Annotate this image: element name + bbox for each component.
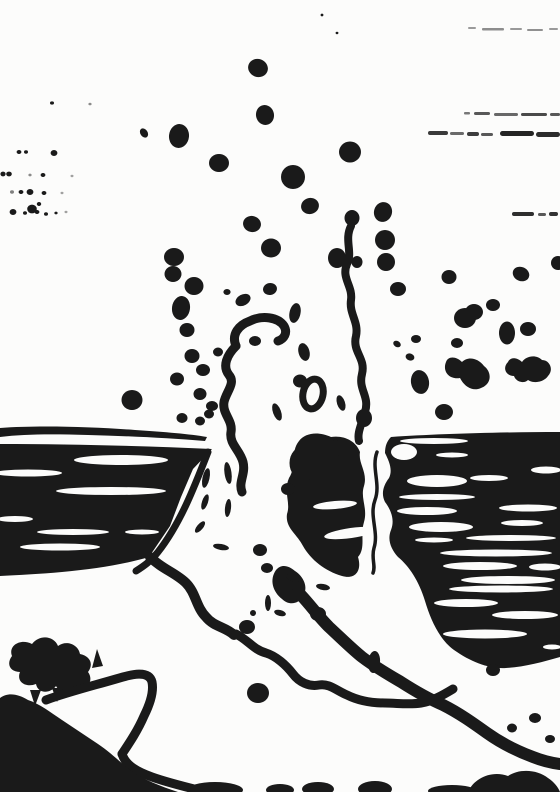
right-sea-band-shape [440, 550, 552, 557]
spray-droplets-shape [122, 390, 143, 410]
right-sea-band-shape [443, 562, 517, 570]
right-sea-band-shape [449, 586, 553, 593]
horizon-streaks-shape [549, 28, 558, 30]
ink-speckles-shape [10, 209, 17, 215]
right-sea-band-shape [434, 599, 498, 607]
horizon-streaks-shape [527, 29, 543, 31]
horizon-streaks-shape [428, 131, 448, 135]
right-sea-band-shape [397, 507, 457, 515]
foam-lines-shape [529, 713, 541, 723]
splash-plume-shape [253, 544, 267, 556]
spray-droplets-shape [194, 388, 207, 400]
spray-droplets-shape [195, 417, 205, 426]
splash-plume-shape [356, 409, 372, 427]
right-sea-band-shape [492, 611, 558, 619]
ink-speckles-shape [17, 150, 22, 154]
horizon-streaks-shape [482, 28, 504, 31]
ink-speckles-shape [23, 211, 27, 215]
right-sea-band-shape [470, 475, 508, 481]
left-sea-band-shape [20, 544, 100, 551]
ink-speckles-shape [35, 210, 40, 214]
foam-lines-shape [247, 683, 269, 703]
horizon-streaks-shape [494, 113, 518, 116]
spray-droplets-shape [204, 410, 214, 419]
right-sea-band-shape [409, 522, 473, 532]
spray-droplets-shape [196, 364, 210, 376]
spray-droplets-shape [486, 299, 500, 311]
right-sea-band-shape [466, 535, 556, 541]
ink-speckles-shape [54, 212, 57, 215]
splash-plume-shape [270, 328, 275, 333]
horizon-streaks-shape [536, 132, 560, 137]
horizon-streaks-shape [467, 132, 479, 136]
spray-droplets-shape [411, 335, 421, 343]
spray-droplets-shape [281, 165, 305, 189]
spray-droplets-shape [206, 401, 218, 411]
spray-droplets-shape [499, 322, 515, 345]
spray-droplets-shape [165, 266, 182, 282]
right-sea-band-shape [391, 444, 417, 460]
horizon-streaks-shape [481, 133, 493, 136]
horizon-streaks-shape [468, 27, 476, 29]
ink-speckles-shape [336, 32, 339, 34]
horizon-streaks-shape [450, 132, 464, 135]
horizon-streaks-shape [538, 213, 546, 216]
foam-lines-shape [486, 664, 500, 676]
spray-droplets-shape [249, 336, 261, 346]
left-sea-band-shape [56, 487, 166, 495]
spray-droplets-shape [352, 256, 363, 268]
spray-droplets-shape [164, 248, 184, 266]
ink-speckles-shape [50, 101, 54, 104]
right-sea-band-shape [436, 453, 468, 458]
spray-droplets-shape [442, 270, 457, 284]
splash-plume-shape [265, 595, 271, 611]
right-sea-band-shape [400, 438, 468, 444]
ink-speckles-shape [6, 172, 12, 177]
foam-lines-shape [310, 607, 326, 621]
right-sea-band-shape [415, 538, 453, 543]
woodcut-wave-artwork: Ocean wave splash bursting against a dar… [0, 0, 560, 792]
spray-droplets-shape [170, 373, 184, 386]
ink-speckles-shape [28, 174, 31, 177]
woodcut-print-canvas [0, 0, 560, 792]
spray-droplets-shape [177, 413, 188, 423]
right-sea-band-shape [461, 576, 555, 584]
spray-droplets-shape [339, 142, 361, 163]
splash-plume-shape [250, 610, 256, 616]
ink-speckles-shape [65, 211, 68, 213]
spray-droplets-shape [261, 239, 281, 258]
right-sea-band-shape [501, 520, 543, 526]
spray-droplets-shape [223, 289, 230, 295]
left-sea-band-shape [125, 530, 159, 535]
right-sea-band-shape [407, 475, 467, 487]
spray-droplets-shape [180, 323, 195, 337]
right-sea-band-shape [499, 505, 557, 512]
horizon-streaks-shape [474, 112, 490, 115]
right-sea-band-shape [443, 630, 527, 639]
horizon-streaks-shape [550, 113, 560, 116]
spray-droplets-shape [185, 277, 204, 295]
ink-speckles-shape [10, 190, 14, 193]
spray-droplets-shape [454, 308, 476, 328]
foam-lines-shape [507, 724, 517, 733]
spray-droplets-shape [185, 349, 200, 363]
horizon-streaks-shape [510, 28, 522, 30]
spray-droplets-shape [435, 404, 453, 420]
spray-droplets-shape [390, 282, 406, 296]
horizon-streaks-shape [500, 131, 534, 136]
ink-speckles-shape [44, 212, 48, 216]
splash-plume-shape [261, 563, 273, 573]
ink-speckles-shape [71, 175, 74, 177]
ink-speckles-shape [321, 14, 324, 17]
ink-speckles-shape [61, 192, 64, 194]
ink-speckles-shape [24, 150, 28, 153]
right-sea-band-shape [529, 564, 560, 571]
horizon-streaks-shape [464, 112, 470, 115]
ink-speckles-shape [27, 189, 34, 195]
left-sea-band-shape [37, 529, 109, 535]
horizon-streaks-shape [512, 212, 534, 216]
ink-speckles-shape [0, 172, 5, 177]
ink-speckles-shape [37, 202, 41, 206]
foam-lines-shape [545, 735, 555, 743]
horizon-streaks-shape [521, 113, 547, 116]
spray-droplets-shape [520, 322, 536, 336]
ink-speckles-shape [42, 191, 47, 195]
ink-speckles-shape [88, 103, 91, 106]
spray-droplets-shape [375, 230, 395, 250]
spray-droplets-shape [451, 338, 463, 348]
ink-speckles-shape [19, 190, 24, 194]
spray-droplets-shape [213, 348, 223, 357]
right-sea-band-shape [399, 494, 475, 500]
splash-plume-shape [281, 483, 295, 495]
spray-droplets-shape [209, 154, 229, 172]
spray-droplets-shape [377, 253, 395, 271]
ink-speckles-shape [41, 173, 46, 177]
horizon-streaks-shape [549, 212, 558, 216]
ink-speckles-shape [51, 150, 58, 156]
right-sea-band-shape [531, 467, 560, 474]
left-sea-band-shape [74, 455, 168, 465]
